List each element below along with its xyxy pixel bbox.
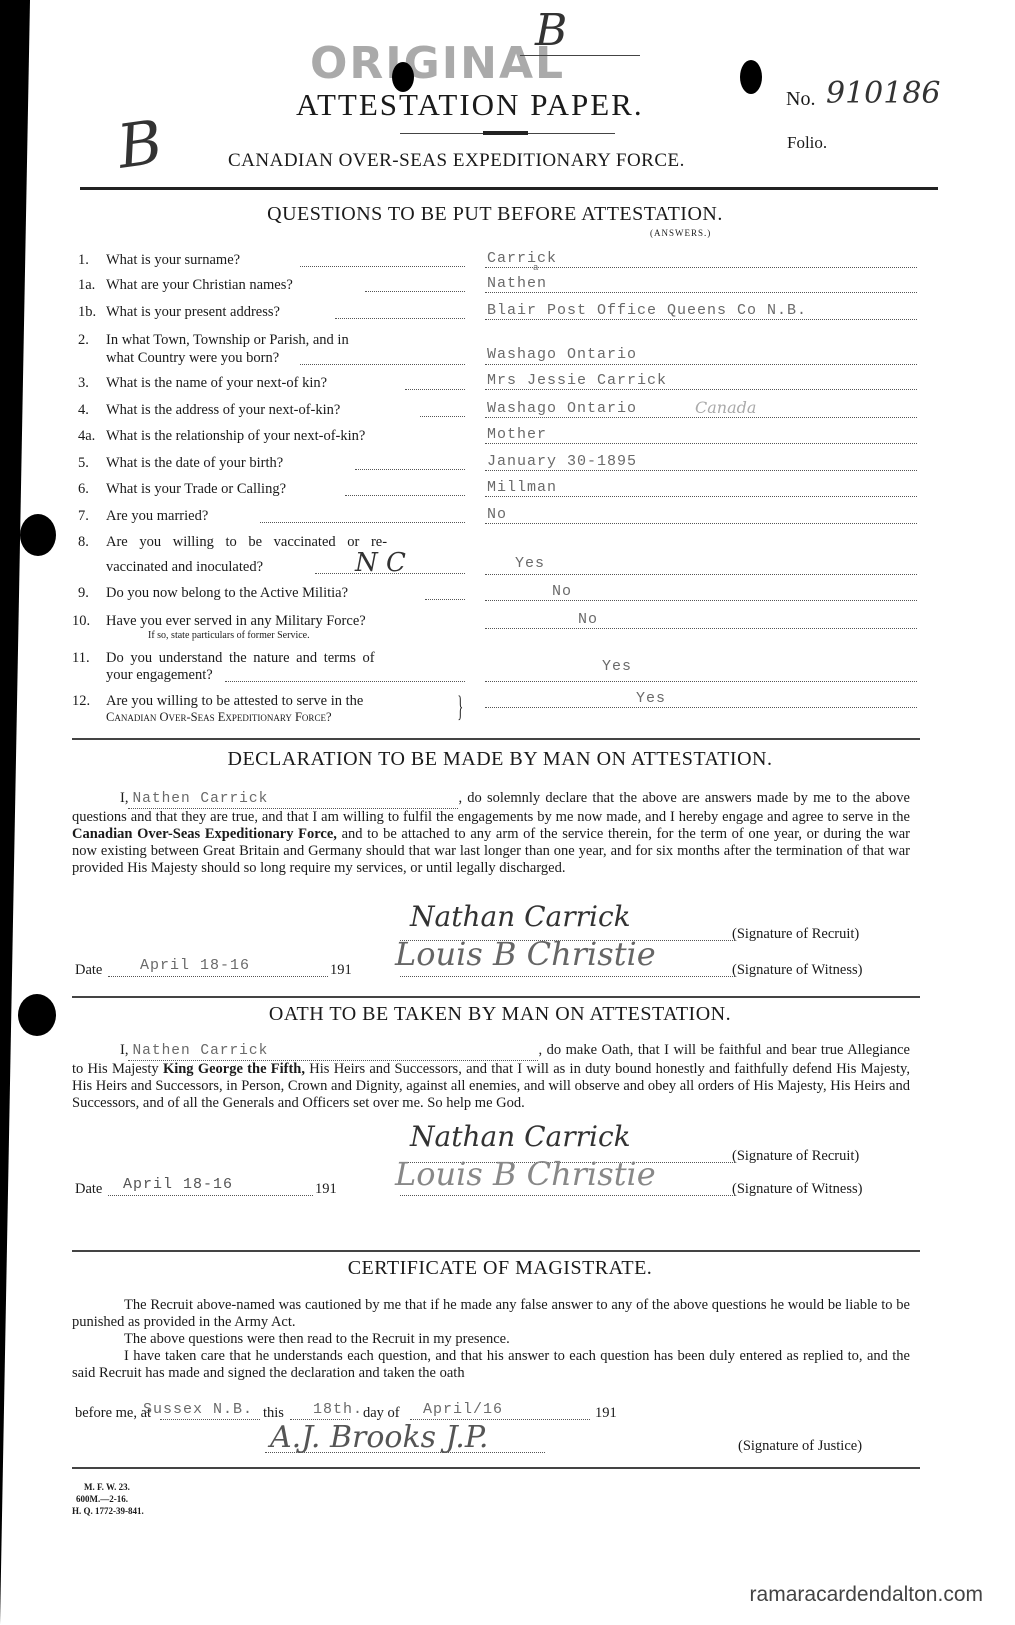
answer-present-address: Blair Post Office Queens Co N.B. (487, 302, 807, 319)
answer-next-of-kin-address: Washago Ontario (487, 400, 637, 417)
declaration-text: I,Nathen Carrick, do solemnly declare th… (72, 790, 910, 877)
answer-active-militia: No (552, 583, 572, 600)
name-correction: a (533, 263, 539, 273)
section-rule (72, 738, 920, 740)
scan-black-edge (0, 0, 30, 1625)
declaration-recruit-signature: Nathan Carrick (410, 900, 631, 933)
magistrate-title: CERTIFICATE OF MAGISTRATE. (250, 1257, 750, 1280)
declaration-name: Nathen Carrick (128, 791, 458, 809)
answer-birth-date: January 30-1895 (487, 453, 637, 470)
section-rule (72, 996, 920, 998)
questions-section-title: QUESTIONS TO BE PUT BEFORE ATTESTATION. (215, 203, 775, 226)
declaration-date: April 18-16 (140, 957, 250, 974)
section-rule (72, 1467, 920, 1469)
question-10-note: If so, state particulars of former Servi… (148, 630, 310, 641)
source-watermark: ramaracardendalton.com (750, 1583, 983, 1607)
punch-hole (18, 994, 56, 1036)
answer-willing-to-serve: Yes (636, 690, 666, 707)
answer-understand-terms: Yes (602, 658, 632, 675)
folio-label: Folio. (787, 133, 827, 153)
original-stamp: ORIGINAL (310, 38, 565, 89)
answer-trade: Millman (487, 479, 557, 496)
question-row-8: 8.Are you willing to be vaccinated or re… (78, 534, 918, 551)
oath-title: OATH TO BE TAKEN BY MAN ON ATTESTATION. (200, 1003, 800, 1026)
answer-relationship: Mother (487, 426, 547, 443)
document-title: ATTESTATION PAPER. (296, 87, 644, 123)
oath-recruit-signature: Nathan Carrick (410, 1120, 631, 1153)
magistrate-para-2: The above questions were then read to th… (72, 1331, 910, 1348)
number-label: No. (786, 88, 815, 111)
regimental-number: 910186 (826, 76, 941, 111)
answer-military-service: No (578, 611, 598, 628)
magistrate-month: April/16 (423, 1401, 503, 1418)
answer-surname: Carrick (487, 250, 557, 267)
magistrate-place: Sussex N.B. (143, 1401, 253, 1418)
magistrate-para-1: The Recruit above-named was cautioned by… (72, 1297, 910, 1331)
answer-vaccinated: Yes (515, 555, 545, 572)
header-rule (80, 187, 938, 190)
justice-label: (Signature of Justice) (738, 1438, 862, 1455)
document-subtitle: CANADIAN OVER-SEAS EXPEDITIONARY FORCE. (228, 150, 685, 172)
stamp-annotation: B (535, 5, 567, 56)
recruit-initials: N C (355, 548, 406, 578)
question-row-11: 11.Do you understand the nature and term… (72, 650, 912, 667)
form-code-3: H. Q. 1772-39-841. (72, 1505, 144, 1517)
oath-text: I,Nathen Carrick, do make Oath, that I w… (72, 1042, 910, 1112)
declaration-witness-label: (Signature of Witness) (732, 962, 862, 979)
declaration-witness-signature: Louis B Christie (395, 935, 656, 973)
oath-witness-signature: Louis B Christie (395, 1155, 656, 1193)
answer-married: No (487, 506, 507, 523)
oath-recruit-label: (Signature of Recruit) (732, 1148, 859, 1165)
answer-christian-names: Nathen (487, 275, 547, 292)
answer-next-of-kin-name: Mrs Jessie Carrick (487, 372, 667, 389)
justice-signature: A.J. Brooks J.P. (270, 1420, 488, 1455)
oath-date: April 18-16 (123, 1176, 233, 1193)
oath-witness-label: (Signature of Witness) (732, 1181, 862, 1198)
section-rule (72, 1250, 920, 1252)
form-code-1: M. F. W. 23. (84, 1481, 130, 1493)
address-annotation: Canada (695, 398, 756, 417)
answer-birthplace: Washago Ontario (487, 346, 637, 363)
form-code-2: 600M.—2-16. (76, 1493, 128, 1505)
oath-name: Nathen Carrick (128, 1043, 538, 1061)
magistrate-day: 18th. (313, 1401, 363, 1418)
magistrate-para-3: I have taken care that he understands ea… (72, 1348, 910, 1382)
punch-hole (740, 60, 762, 94)
punch-hole (20, 514, 56, 556)
declaration-recruit-label: (Signature of Recruit) (732, 926, 859, 943)
declaration-title: DECLARATION TO BE MADE BY MAN ON ATTESTA… (180, 748, 820, 771)
margin-mark: B (113, 107, 166, 182)
annotation-underline (520, 55, 640, 56)
answers-label: (ANSWERS.) (650, 228, 711, 238)
title-rule-center (483, 131, 528, 135)
